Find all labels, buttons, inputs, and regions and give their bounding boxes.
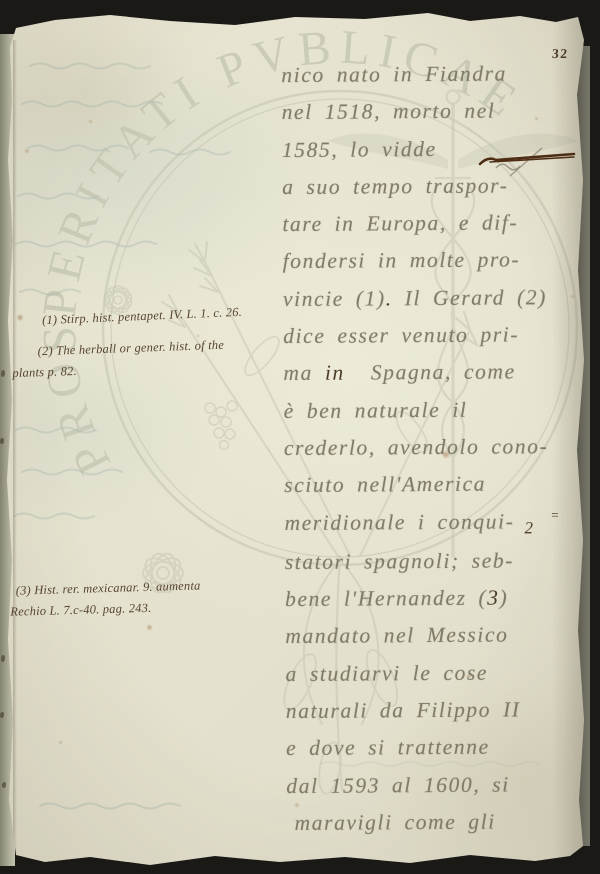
manuscript-text-segment: 3 (487, 586, 500, 610)
manuscript-text-segment: sciuto nell'America (284, 472, 486, 497)
manuscript-text-segment: 1585, lo vidde (282, 137, 437, 162)
manuscript-text-segment: 2 (524, 518, 534, 537)
manuscript-text-segment: è ben naturale il (284, 397, 468, 422)
manuscript-text-segment: a studiarvi le cose (285, 660, 488, 685)
manuscript-text-segment: vincie (1) (283, 286, 386, 311)
manuscript-line: nico nato in Fiandra (281, 55, 583, 94)
manuscript-line: ma inSpagna, come (283, 353, 585, 392)
foxing-spot (16, 314, 24, 321)
manuscript-text-segment: tare in Europa, e dif- (282, 211, 518, 237)
foxing-spot (24, 148, 30, 154)
margin-note: (3) Hist. rer. mexicanar. 9. aumentaRech… (15, 575, 201, 622)
page-sheet: PROSPERITATI PVBLICAE (0, 0, 600, 874)
manuscript-text-segment: bene l'Hernandez ( (285, 586, 487, 611)
manuscript-text-segment: nico nato in Fiandra (281, 61, 507, 87)
manuscript-line: meridionale i conqui-2= (284, 503, 586, 544)
manuscript-text-segment: a suo tempo traspor- (282, 173, 509, 199)
manuscript-text-segment: fondersi in molte pro- (283, 248, 521, 274)
margin-note: (2) The herball or gener. hist. of thepl… (37, 335, 225, 383)
manuscript-text-segment: Spagna, come (371, 360, 516, 385)
manuscript-line: a suo tempo traspor- (282, 167, 584, 206)
manuscript-text-segment: crederlo, avendolo cono- (284, 434, 548, 460)
manuscript-text-segment: Il Gerard (2) (393, 285, 547, 310)
manuscript-text-segment: ma (283, 361, 325, 385)
manuscript-text-segment: statori spagnoli; seb- (285, 548, 514, 574)
manuscript-text-segment: e dove si trattenne (286, 735, 490, 760)
main-text: nico nato in Fiandranel 1518, morto nel1… (281, 55, 588, 842)
manuscript-text-segment: mandato nel Messico (285, 623, 508, 649)
manuscript-text-segment: meridionale i conqui- (284, 509, 514, 535)
manuscript-line: a studiarvi le cose (285, 654, 587, 693)
manuscript-line: tare in Europa, e dif- (282, 204, 584, 243)
manuscript-text-segment: maravigli come gli (295, 810, 496, 835)
manuscript-line: 1585, lo vidde (282, 130, 584, 169)
manuscript-line: sciuto nell'America (284, 465, 586, 504)
manuscript-line: bene l'Hernandez (3) (285, 579, 587, 618)
manuscript-line: maravigli come gli (294, 803, 588, 842)
manuscript-line: è ben naturale il (284, 391, 586, 430)
foxing-spot (88, 119, 93, 124)
manuscript-line: dice esser venuto pri- (283, 316, 585, 355)
manuscript-line: fondersi in molte pro- (283, 241, 585, 280)
manuscript-line: vincie (1). Il Gerard (2) (283, 279, 585, 318)
manuscript-text-segment: naturali da Filippo II (286, 697, 521, 723)
manuscript-line: mandato nel Messico (285, 616, 587, 655)
manuscript-text-segment: nel 1518, morto nel (282, 99, 496, 124)
manuscript-text-segment: ) (500, 586, 509, 610)
manuscript-line: dal 1593 al 1600, si (286, 766, 588, 805)
manuscript-line: crederlo, avendolo cono- (284, 428, 586, 467)
manuscript-line: statori spagnoli; seb- (285, 542, 587, 581)
manuscript-line: e dove si trattenne (286, 728, 588, 767)
manuscript-text-segment: dal 1593 al 1600, si (286, 772, 510, 798)
manuscript-line: naturali da Filippo II (286, 691, 588, 730)
manuscript-text-segment: = (550, 507, 559, 522)
manuscript-line: nel 1518, morto nel (282, 92, 584, 131)
manuscript-scan: PROSPERITATI PVBLICAE (0, 0, 600, 874)
manuscript-text-segment: in (325, 361, 345, 385)
foxing-spot (58, 740, 63, 745)
foxing-spot (146, 624, 153, 631)
manuscript-text-segment: dice esser venuto pri- (283, 322, 519, 348)
